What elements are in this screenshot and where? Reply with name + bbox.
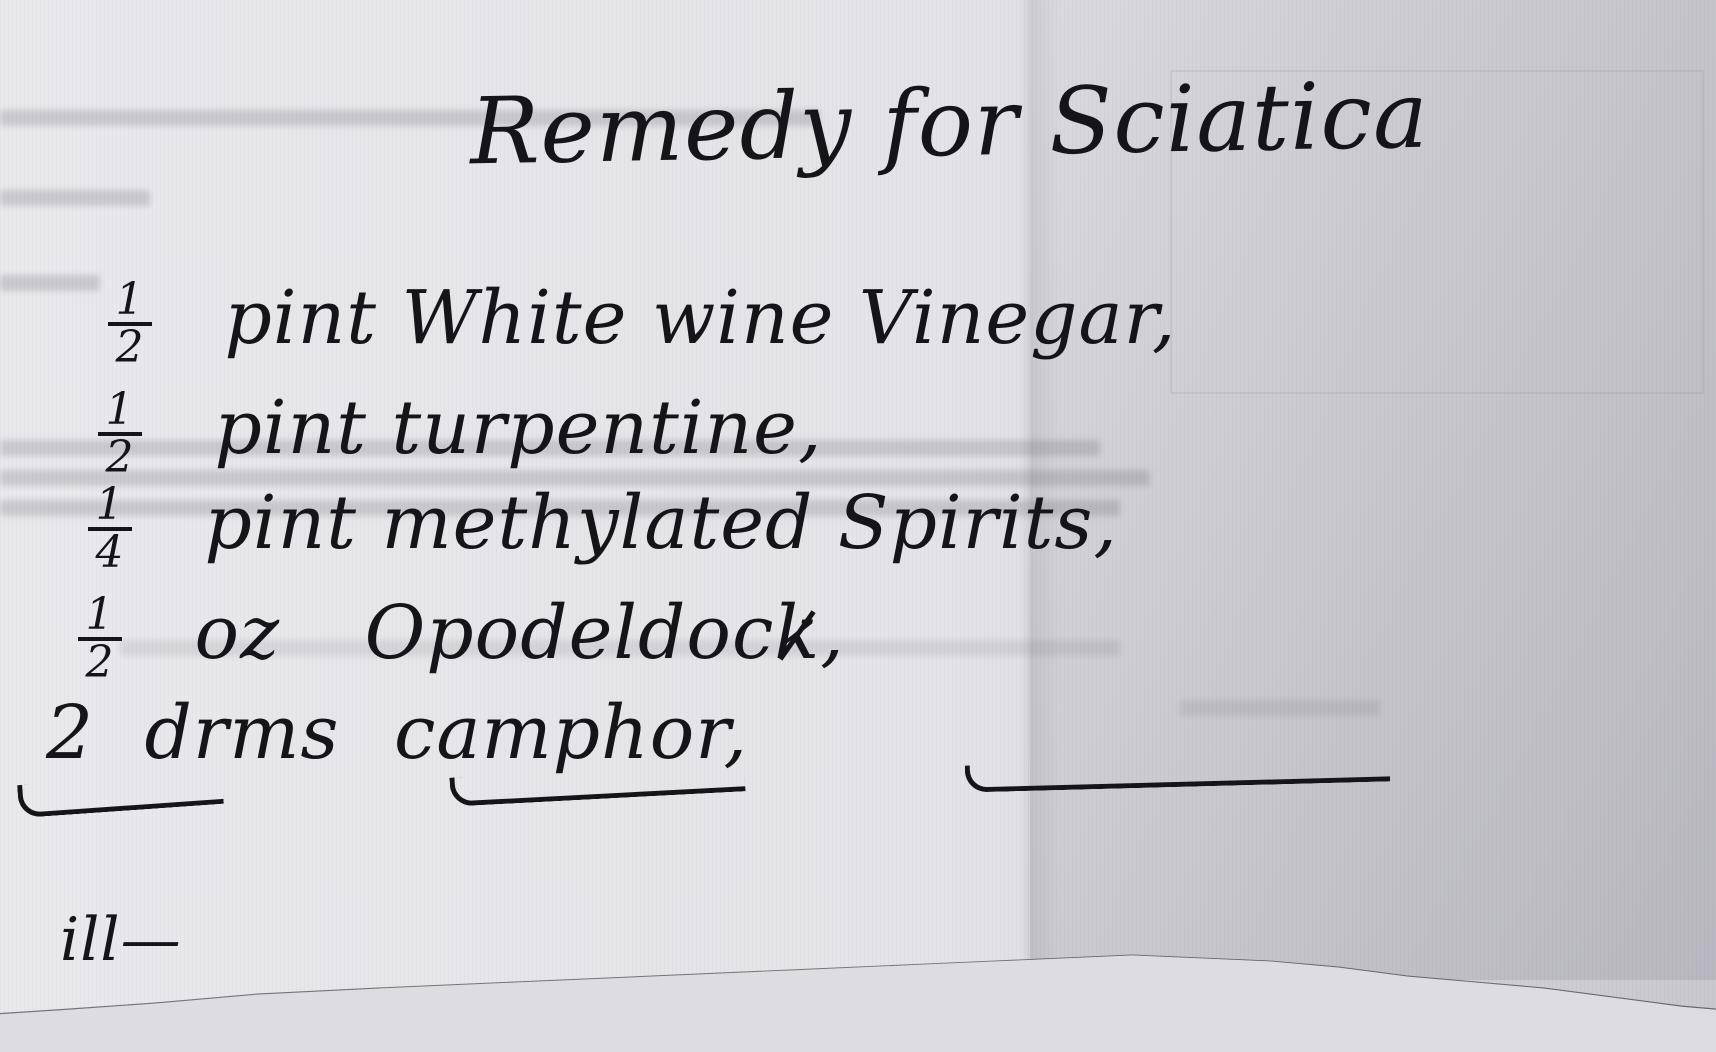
ingredient-line: 12 oz Opodeldock, — [30, 590, 845, 683]
ingredient-name: camphor, — [394, 690, 748, 776]
bleed-through-text — [1180, 700, 1380, 716]
struck-letter: k — [774, 590, 820, 676]
ingredient-name: White wine Vinegar, — [402, 275, 1177, 361]
quantity-fraction: 14 — [88, 485, 132, 573]
ingredient-line: 2 drms camphor, — [20, 690, 748, 776]
quantity-whole: 2 — [20, 690, 120, 776]
ingredient-line: 12 pint White wine Vinegar, — [60, 275, 1176, 368]
ingredient-unit: pint — [205, 480, 357, 566]
ingredient-unit: drms — [145, 690, 340, 776]
flourish-line — [17, 771, 224, 818]
document-title: Remedy for Sciatica — [469, 62, 1429, 186]
ingredient-unit: pint — [225, 275, 377, 361]
quantity-fraction: 12 — [108, 280, 152, 368]
torn-text-fragment: ill— — [60, 905, 182, 975]
document-page: Remedy for Sciatica 12 pint White wine V… — [0, 0, 1716, 1052]
quantity-fraction: 12 — [98, 390, 142, 478]
ingredient-name: methylated Spirits, — [382, 480, 1118, 566]
ingredient-line: 12 pint turpentine, — [50, 385, 822, 478]
ingredient-unit: oz — [195, 590, 281, 676]
ingredient-unit: pint — [215, 385, 367, 471]
ingredient-name: Opodeldock, — [365, 590, 845, 676]
ingredient-name: turpentine, — [392, 385, 823, 471]
quantity-fraction: 12 — [78, 595, 122, 683]
bleed-through-text — [0, 190, 150, 206]
ingredient-line: 14 pint methylated Spirits, — [40, 480, 1118, 573]
